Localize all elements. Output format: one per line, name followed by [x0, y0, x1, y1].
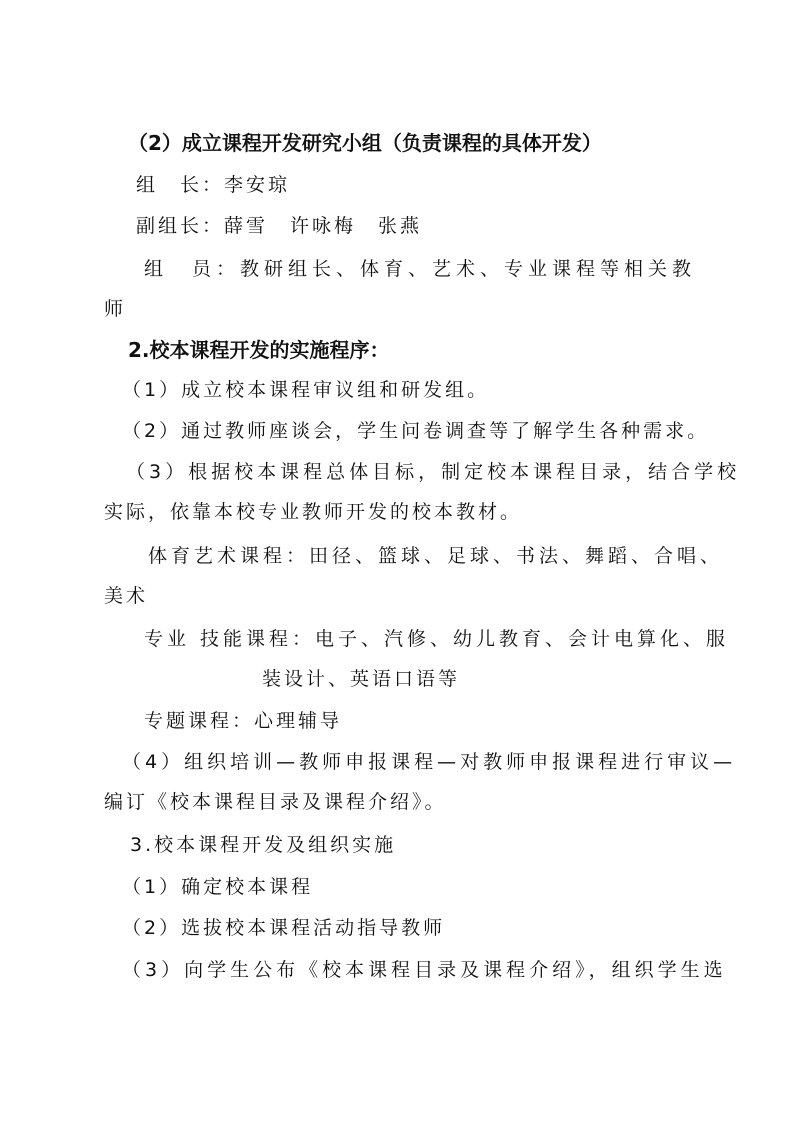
procedure-step4-line2: 编订《校本课程目录及课程介绍》。	[104, 790, 447, 814]
procedure-step4-line1: （4）组织培训—教师申报课程—对教师申报课程进行审议—	[122, 750, 736, 774]
team-vice-leaders: 副组长：薛雪 许咏梅 张燕	[136, 214, 422, 238]
implementation-step1: （1）确定校本课程	[122, 875, 313, 899]
procedure-step3-line2: 实际，依靠本校专业教师开发的校本教材。	[104, 500, 522, 524]
team-heading: （2）成立课程开发研究小组（负责课程的具体开发）	[128, 131, 602, 155]
implementation-step2: （2）选拔校本课程活动指导教师	[122, 916, 445, 940]
team-leader: 组 长：李安琼	[136, 173, 290, 197]
procedure-step2: （2）通过教师座谈会，学生问卷调查等了解学生各种需求。	[122, 419, 709, 443]
pe-arts-courses-line1: 体育艺术课程：田径、篮球、足球、书法、舞蹈、合唱、	[148, 544, 723, 568]
team-members-line2: 师	[104, 297, 123, 321]
procedure-step3-line1: （3）根据校本课程总体目标，制定校本课程目录，结合学校	[126, 460, 740, 484]
procedure-heading: 2.校本课程开发的实施程序：	[128, 338, 390, 362]
skills-courses-line2: 装设计、英语口语等	[262, 667, 460, 691]
implementation-step3: （3）向学生公布《校本课程目录及课程介绍》，组织学生选	[122, 958, 727, 982]
special-courses: 专题课程：心理辅导	[144, 709, 342, 733]
pe-arts-courses-line2: 美术	[104, 584, 148, 608]
implementation-heading: 3.校本课程开发及组织实施	[130, 833, 396, 857]
team-members-line1: 组 员：教研组长、体育、艺术、专业课程等相关教	[144, 257, 696, 281]
skills-courses-line1: 专业 技能课程：电子、汽修、幼儿教育、会计电算化、服	[144, 627, 729, 651]
procedure-step1: （1）成立校本课程审议组和研发组。	[122, 378, 489, 402]
